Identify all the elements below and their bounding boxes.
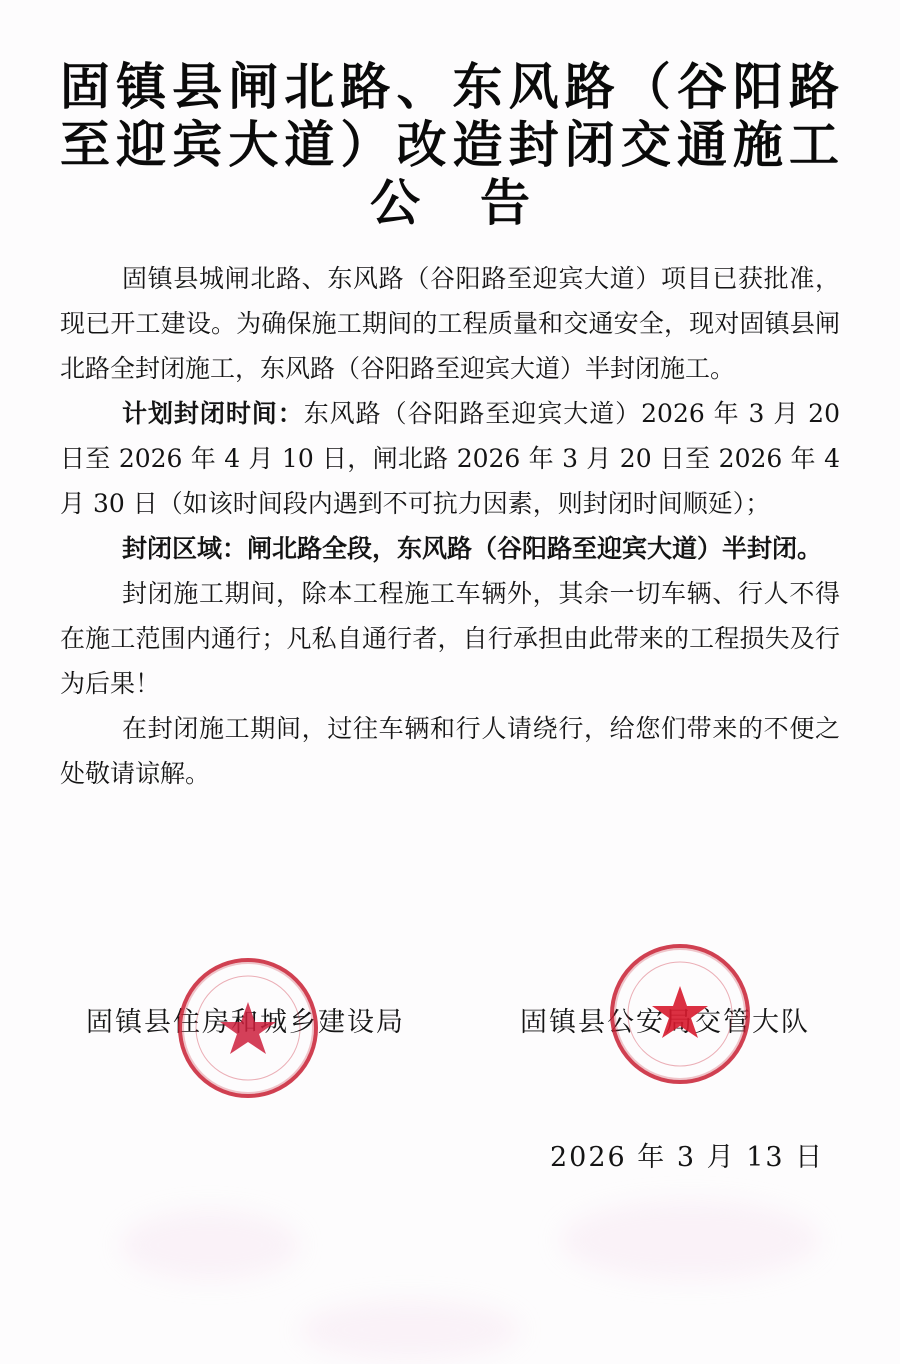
paragraph-text: 在封闭施工期间，过往车辆和行人请绕行，给您们带来的不便之处敬请谅解。 <box>60 714 840 788</box>
signature-row: 固镇县住房和城乡建设局 固镇县公安局交管大队 <box>0 1000 900 1050</box>
closure-area-label: 封闭区域： <box>122 534 247 563</box>
notice-body: 固镇县城闸北路、东风路（谷阳路至迎宾大道）项目已获批准，现已开工建设。为确保施工… <box>60 256 840 796</box>
paragraph-apology: 在封闭施工期间，过往车辆和行人请绕行，给您们带来的不便之处敬请谅解。 <box>60 706 840 796</box>
issue-date: 2026 年 3 月 13 日 <box>550 1135 824 1174</box>
title-line-2: 至迎宾大道）改造封闭交通施工 <box>60 116 840 174</box>
seal-star-icon <box>182 962 314 1094</box>
paper-smudge <box>300 1300 520 1360</box>
paragraph-text: 闸北路全段，东风路（谷阳路至迎宾大道）半封闭。 <box>247 534 822 563</box>
official-seal-traffic-police <box>610 944 750 1084</box>
notice-document: 固镇县闸北路、东风路（谷阳路 至迎宾大道）改造封闭交通施工 公告 固镇县城闸北路… <box>0 0 900 1364</box>
paragraph-closure-time: 计划封闭时间：东风路（谷阳路至迎宾大道）2026 年 3 月 20 日至 202… <box>60 391 840 526</box>
paper-smudge <box>560 1200 820 1280</box>
seal-star-icon <box>614 948 746 1080</box>
title-line-1: 固镇县闸北路、东风路（谷阳路 <box>60 58 840 116</box>
paragraph-text: 固镇县城闸北路、东风路（谷阳路至迎宾大道）项目已获批准，现已开工建设。为确保施工… <box>60 264 840 383</box>
paper-smudge <box>120 1210 300 1280</box>
paragraph-closure-area: 封闭区域：闸北路全段，东风路（谷阳路至迎宾大道）半封闭。 <box>60 526 840 571</box>
paragraph-restrictions: 封闭施工期间，除本工程施工车辆外，其余一切车辆、行人不得在施工范围内通行；凡私自… <box>60 571 840 706</box>
paragraph-text: 封闭施工期间，除本工程施工车辆外，其余一切车辆、行人不得在施工范围内通行；凡私自… <box>60 579 840 698</box>
official-seal-housing-bureau <box>178 958 318 1098</box>
closure-time-label: 计划封闭时间： <box>122 399 304 428</box>
title-line-3: 公告 <box>60 174 840 232</box>
notice-title: 固镇县闸北路、东风路（谷阳路 至迎宾大道）改造封闭交通施工 公告 <box>60 58 840 232</box>
paragraph-intro: 固镇县城闸北路、东风路（谷阳路至迎宾大道）项目已获批准，现已开工建设。为确保施工… <box>60 256 840 391</box>
